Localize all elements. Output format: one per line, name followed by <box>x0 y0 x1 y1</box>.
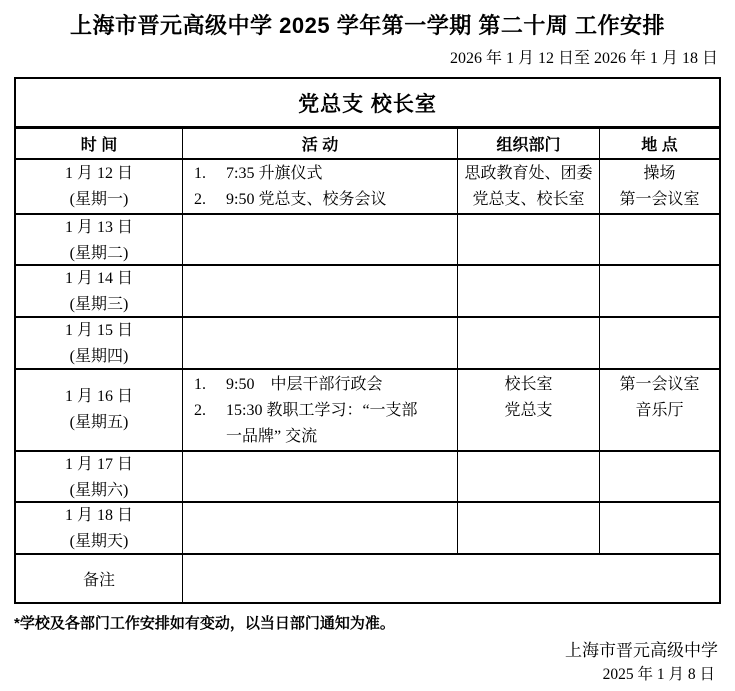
activity-line: 1. 7:35 升旗仪式 <box>194 161 453 187</box>
week-date-range: 2026 年 1 月 12 日至 2026 年 1 月 18 日 <box>0 49 735 69</box>
remarks-label: 备注 <box>16 555 182 602</box>
activity-line: 2. 15:30 教职工学习：“一支部 <box>194 398 453 424</box>
cell-location: 第一会议室 音乐厅 <box>599 370 719 450</box>
cell-activity <box>182 318 457 370</box>
header-time: 时 间 <box>16 129 182 158</box>
cell-time: 1 月 14 日 (星期三) <box>16 266 182 318</box>
table-header-row: 时 间 活 动 组织部门 地 点 <box>16 126 719 158</box>
cell-time: 1 月 13 日 (星期二) <box>16 215 182 267</box>
cell-activity: 1. 9:50 中层干部行政会 2. 15:30 教职工学习：“一支部 一品牌”… <box>182 370 457 450</box>
table-row: 1 月 16 日 (星期五) 1. 9:50 中层干部行政会 2. 15:30 … <box>16 368 719 450</box>
cell-department: 思政教育处、团委 党总支、校长室 <box>457 160 599 213</box>
date-text: 1 月 12 日 <box>65 161 133 187</box>
weekly-schedule-table: 党总支 校长室 时 间 活 动 组织部门 地 点 1 月 12 日 (星期一) … <box>14 77 721 604</box>
date-text: 1 月 16 日 <box>65 384 133 410</box>
header-location: 地 点 <box>599 129 719 158</box>
cell-location <box>599 318 719 370</box>
activity-line: 2. 9:50 党总支、校务会议 <box>194 187 453 213</box>
page-title: 上海市晋元高级中学 2025 学年第一学期 第二十周 工作安排 <box>0 0 735 39</box>
weekday-text: (星期天) <box>70 529 129 555</box>
cell-activity <box>182 452 457 504</box>
cell-time: 1 月 16 日 (星期五) <box>16 370 182 450</box>
table-row: 1 月 14 日 (星期三) <box>16 264 719 316</box>
cell-department: 校长室 党总支 <box>457 370 599 450</box>
header-activity: 活 动 <box>182 129 457 158</box>
table-row: 1 月 17 日 (星期六) <box>16 450 719 501</box>
table-row: 1 月 18 日 (星期天) <box>16 501 719 553</box>
activity-line: 一品牌” 交流 <box>194 424 453 450</box>
activity-line: 1. 9:50 中层干部行政会 <box>194 372 453 398</box>
header-department: 组织部门 <box>457 129 599 158</box>
date-text: 1 月 14 日 <box>65 266 133 292</box>
cell-department <box>457 266 599 318</box>
cell-time: 1 月 17 日 (星期六) <box>16 452 182 504</box>
weekday-text: (星期一) <box>70 187 129 213</box>
cell-activity <box>182 266 457 318</box>
cell-time: 1 月 12 日 (星期一) <box>16 160 182 213</box>
date-text: 1 月 17 日 <box>65 452 133 478</box>
table-banner: 党总支 校长室 <box>16 79 719 126</box>
weekday-text: (星期三) <box>70 292 129 318</box>
cell-department <box>457 215 599 267</box>
remarks-value <box>182 555 719 602</box>
weekday-text: (星期四) <box>70 344 129 370</box>
table-row: 1 月 15 日 (星期四) <box>16 316 719 368</box>
date-text: 1 月 13 日 <box>65 215 133 241</box>
cell-location <box>599 215 719 267</box>
signature-date: 2025 年 1 月 8 日 <box>0 665 735 684</box>
cell-time: 1 月 18 日 (星期天) <box>16 503 182 555</box>
date-text: 1 月 15 日 <box>65 318 133 344</box>
signature-school: 上海市晋元高级中学 <box>0 640 735 661</box>
cell-department <box>457 452 599 504</box>
schedule-document: 上海市晋元高级中学 2025 学年第一学期 第二十周 工作安排 2026 年 1… <box>0 0 735 691</box>
cell-activity: 1. 7:35 升旗仪式 2. 9:50 党总支、校务会议 <box>182 160 457 213</box>
weekday-text: (星期五) <box>70 410 129 436</box>
footnote-text: *学校及各部门工作安排如有变动，以当日部门通知为准。 <box>14 614 735 633</box>
cell-location <box>599 452 719 504</box>
weekday-text: (星期六) <box>70 478 129 504</box>
weekday-text: (星期二) <box>70 241 129 267</box>
cell-department <box>457 318 599 370</box>
remarks-row: 备注 <box>16 553 719 602</box>
date-text: 1 月 18 日 <box>65 503 133 529</box>
cell-activity <box>182 215 457 267</box>
table-row: 1 月 12 日 (星期一) 1. 7:35 升旗仪式 2. 9:50 党总支、… <box>16 158 719 213</box>
table-row: 1 月 13 日 (星期二) <box>16 213 719 264</box>
cell-location <box>599 266 719 318</box>
cell-time: 1 月 15 日 (星期四) <box>16 318 182 370</box>
cell-location: 操场 第一会议室 <box>599 160 719 213</box>
cell-department <box>457 503 599 555</box>
cell-location <box>599 503 719 555</box>
cell-activity <box>182 503 457 555</box>
